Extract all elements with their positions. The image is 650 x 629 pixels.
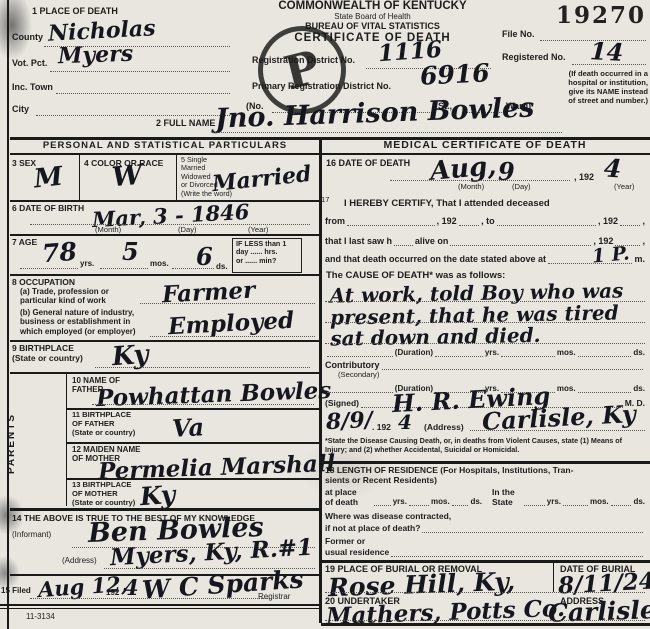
cause-of-death-value: At work, told Boy who was present, that … xyxy=(329,280,624,350)
cause-footnote: *State the Disease Causing Death, or, in… xyxy=(325,436,645,455)
page-edge-rule xyxy=(7,0,9,629)
dob-label: 6 DATE OF BIRTH xyxy=(12,203,84,213)
cell-divider xyxy=(176,155,177,200)
full-name-label: 2 FULL NAME xyxy=(156,118,215,129)
father-birthplace-value: Va xyxy=(171,415,204,441)
yrs-label: yrs. xyxy=(393,497,407,506)
residence-title: 18 LENGTH OF RESIDENCE (For Hospitals, I… xyxy=(325,465,645,485)
birthplace-label: 9 BIRTHPLACE (State or country) xyxy=(12,343,83,363)
if-not-line: if not at place of death? xyxy=(325,523,645,533)
row-rule xyxy=(10,234,320,236)
dotted-line xyxy=(212,132,562,133)
blank-line xyxy=(409,502,429,506)
filed-year-written: 4 xyxy=(124,577,139,598)
mother-birthplace-label: 13 BIRTHPLACE OF MOTHER (State or countr… xyxy=(72,481,135,508)
age-years-value: 78 xyxy=(41,239,77,266)
undertaker-address-value: Carlisle xyxy=(548,597,650,626)
dotted-line xyxy=(325,301,645,302)
occupation-a-label: (a) Trade, profession or particular kind… xyxy=(20,287,109,306)
mos-label: mos. xyxy=(590,497,609,506)
bottom-double-rule xyxy=(0,604,320,606)
occupation-label: 8 OCCUPATION xyxy=(12,277,75,287)
dotted-line xyxy=(325,343,645,344)
certify-number: 17 xyxy=(321,196,329,205)
row-rule xyxy=(66,442,320,444)
mother-birthplace-value: Ky xyxy=(139,482,176,509)
dotted-line xyxy=(325,322,645,323)
row-rule xyxy=(10,372,320,374)
form-number: 11-3134 xyxy=(26,612,55,621)
row-rule xyxy=(10,274,320,276)
contributory-line: Contributory xyxy=(325,360,645,370)
county-label: County xyxy=(12,32,43,43)
father-name-value: Powhattan Bowles xyxy=(96,379,332,410)
inc-town-label: Inc. Town xyxy=(12,82,53,93)
informant-address-label: (Address) xyxy=(62,556,97,565)
dotted-line xyxy=(150,336,315,337)
time-of-death-value: 1 P. xyxy=(591,244,630,266)
paper-stain xyxy=(0,556,20,590)
if-less-than-text: IF LESS than 1 day ...... hrs. or ......… xyxy=(236,240,286,265)
mos-label: mos. xyxy=(431,497,450,506)
registered-no-label: Registered No. xyxy=(502,52,566,63)
dotted-line xyxy=(95,367,310,368)
blank-line xyxy=(450,242,591,246)
former-label: Former or xyxy=(325,536,365,546)
bottom-rule xyxy=(321,623,650,626)
parents-divider xyxy=(66,372,67,506)
from-label: from xyxy=(325,216,345,226)
blank-line xyxy=(374,502,391,506)
death-year-label: (Year) xyxy=(614,183,634,192)
dotted-line xyxy=(30,598,270,599)
signed-year-written: 4 xyxy=(398,412,412,432)
death-month-label: (Month) xyxy=(458,183,484,192)
mos-label: mos. xyxy=(557,348,576,357)
comma: , xyxy=(642,236,645,246)
parents-vertical-label: PARENTS xyxy=(6,382,24,504)
dotted-line xyxy=(36,115,230,116)
blank-line xyxy=(327,389,393,393)
ds-label: ds. xyxy=(633,348,645,357)
blank-line xyxy=(497,222,596,226)
informant-label: (Informant) xyxy=(12,530,51,539)
dotted-line xyxy=(325,620,645,621)
filed-year-printed: 192 xyxy=(106,588,119,597)
registrar-label: Registrar xyxy=(258,592,290,601)
usual-residence-line: usual residence xyxy=(325,547,645,557)
county-value: Nicholas xyxy=(47,17,156,45)
birthplace-value: Ky xyxy=(111,342,149,370)
file-number-big: 19270 xyxy=(556,2,646,29)
cause-of-death-label: The CAUSE OF DEATH* was as follows: xyxy=(326,270,505,281)
in-state-duration: yrs. mos. ds. xyxy=(522,497,645,506)
secondary-label: (Secondary) xyxy=(338,371,379,380)
precinct-value: Myers xyxy=(58,43,134,68)
blank-line xyxy=(611,502,632,506)
section-rule xyxy=(321,461,650,464)
age-yrs-label: yrs. xyxy=(80,259,94,268)
disease-contracted-label: Where was disease contracted, xyxy=(325,511,451,521)
blank-line xyxy=(452,502,469,506)
blank-line xyxy=(563,502,588,506)
at-place-label: at place of death xyxy=(325,487,358,507)
dotted-line xyxy=(172,268,214,269)
blank-line xyxy=(435,353,483,357)
certify-from-line: from , 192 , to , 192 , xyxy=(325,216,645,226)
signed-date-value: 8/9/ xyxy=(325,409,373,433)
blank-line xyxy=(501,353,555,357)
row-rule xyxy=(10,200,320,202)
dotted-line xyxy=(56,93,230,94)
dotted-line xyxy=(92,404,314,405)
dotted-line xyxy=(100,268,148,269)
yrs-label: yrs. xyxy=(485,348,499,357)
personal-section-title: PERSONAL AND STATISTICAL PARTICULARS xyxy=(10,140,320,151)
precinct-label: Vot. Pct. xyxy=(12,58,47,69)
blank-line xyxy=(620,222,640,226)
paper-stain xyxy=(0,0,32,60)
alive-on-label: alive on xyxy=(415,236,449,246)
death-certificate-scan: 1 PLACE OF DEATH County Nicholas Vot. Pc… xyxy=(0,0,650,629)
blank-line xyxy=(578,389,632,393)
yrs-label: yrs. xyxy=(547,497,561,506)
usual-residence-label: usual residence xyxy=(325,547,389,557)
ds-label: ds. xyxy=(633,384,645,393)
dotted-line xyxy=(30,224,310,225)
occupation-b-label: (b) General nature of industry, business… xyxy=(20,308,136,336)
occupation-b-value: Employed xyxy=(167,309,294,339)
to-label: , to xyxy=(481,216,495,226)
city-label: City xyxy=(12,104,29,115)
row-rule xyxy=(10,508,320,511)
death-year-written: 4 xyxy=(603,155,622,181)
m-label: m. xyxy=(634,254,645,264)
blank-line xyxy=(382,366,644,370)
comma: , xyxy=(642,216,645,226)
blank-line xyxy=(578,353,632,357)
burial-date-value: 8/11/24 xyxy=(557,569,650,597)
at-place-duration: yrs. mos. ds. xyxy=(372,497,482,506)
if-not-label: if not at place of death? xyxy=(325,523,420,533)
blank-line xyxy=(347,222,435,226)
ds-label: ds. xyxy=(470,497,482,506)
contributory-label: Contributory xyxy=(325,360,380,370)
section-rule xyxy=(10,153,650,155)
age-days-value: 6 xyxy=(196,245,213,269)
dotted-line xyxy=(50,71,230,72)
certify-intro: I HEREBY CERTIFY, That I attended deceas… xyxy=(344,198,550,209)
place-of-death-label: 1 PLACE OF DEATH xyxy=(32,6,118,17)
age-ds-label: ds. xyxy=(216,262,228,271)
date-of-death-label: 16 DATE OF DEATH xyxy=(326,158,410,169)
signed-year-printed: . 192 xyxy=(372,422,391,432)
dotted-line xyxy=(572,64,646,65)
row-rule xyxy=(10,340,320,342)
ds-label: ds. xyxy=(633,497,645,506)
blank-line xyxy=(524,502,545,506)
primary-district-value: 6916 xyxy=(419,60,490,89)
filed-label: 15 Filed xyxy=(1,586,31,595)
dotted-line xyxy=(390,180,570,181)
medical-section-title: MEDICAL CERTIFICATE OF DEATH xyxy=(322,139,648,151)
race-value: W xyxy=(111,162,144,192)
blank-line xyxy=(459,222,479,226)
in-state-label: In the State xyxy=(492,487,515,507)
age-mos-label: mos. xyxy=(150,259,169,268)
cell-divider xyxy=(79,155,80,200)
dotted-line xyxy=(470,430,645,431)
dotted-line xyxy=(140,303,315,304)
death-day-label: (Day) xyxy=(512,183,531,192)
blank-line xyxy=(391,553,643,557)
blank-line xyxy=(422,529,643,533)
sex-value: M xyxy=(33,164,64,193)
father-birthplace-label: 11 BIRTHPLACE OF FATHER (State or countr… xyxy=(72,411,135,438)
age-months-value: 5 xyxy=(122,240,139,264)
death-year-printed: , 192 xyxy=(574,172,594,183)
section-rule xyxy=(321,560,650,563)
blank-line xyxy=(394,242,413,246)
signed-label: (Signed) xyxy=(325,398,359,408)
duration-label: (Duration) xyxy=(395,348,433,357)
mos-label: mos. xyxy=(557,384,576,393)
death-occurred-label: and that death occurred on the date stat… xyxy=(325,254,546,264)
registered-no-value: 14 xyxy=(589,39,624,65)
bottom-double-rule xyxy=(0,608,320,609)
physician-address-label: (Address) xyxy=(424,422,464,432)
burial-divider xyxy=(553,560,554,592)
age-label: 7 AGE xyxy=(12,237,37,247)
year-192: , 192 xyxy=(598,216,618,226)
last-saw-label: that I last saw h xyxy=(325,236,392,246)
year-192: , 192 xyxy=(437,216,457,226)
file-no-label: File No. xyxy=(502,29,535,40)
blank-line xyxy=(327,353,393,357)
dotted-line xyxy=(325,592,645,593)
dotted-line xyxy=(20,268,78,269)
duration-line: (Duration) yrs. mos. ds. xyxy=(325,348,645,357)
